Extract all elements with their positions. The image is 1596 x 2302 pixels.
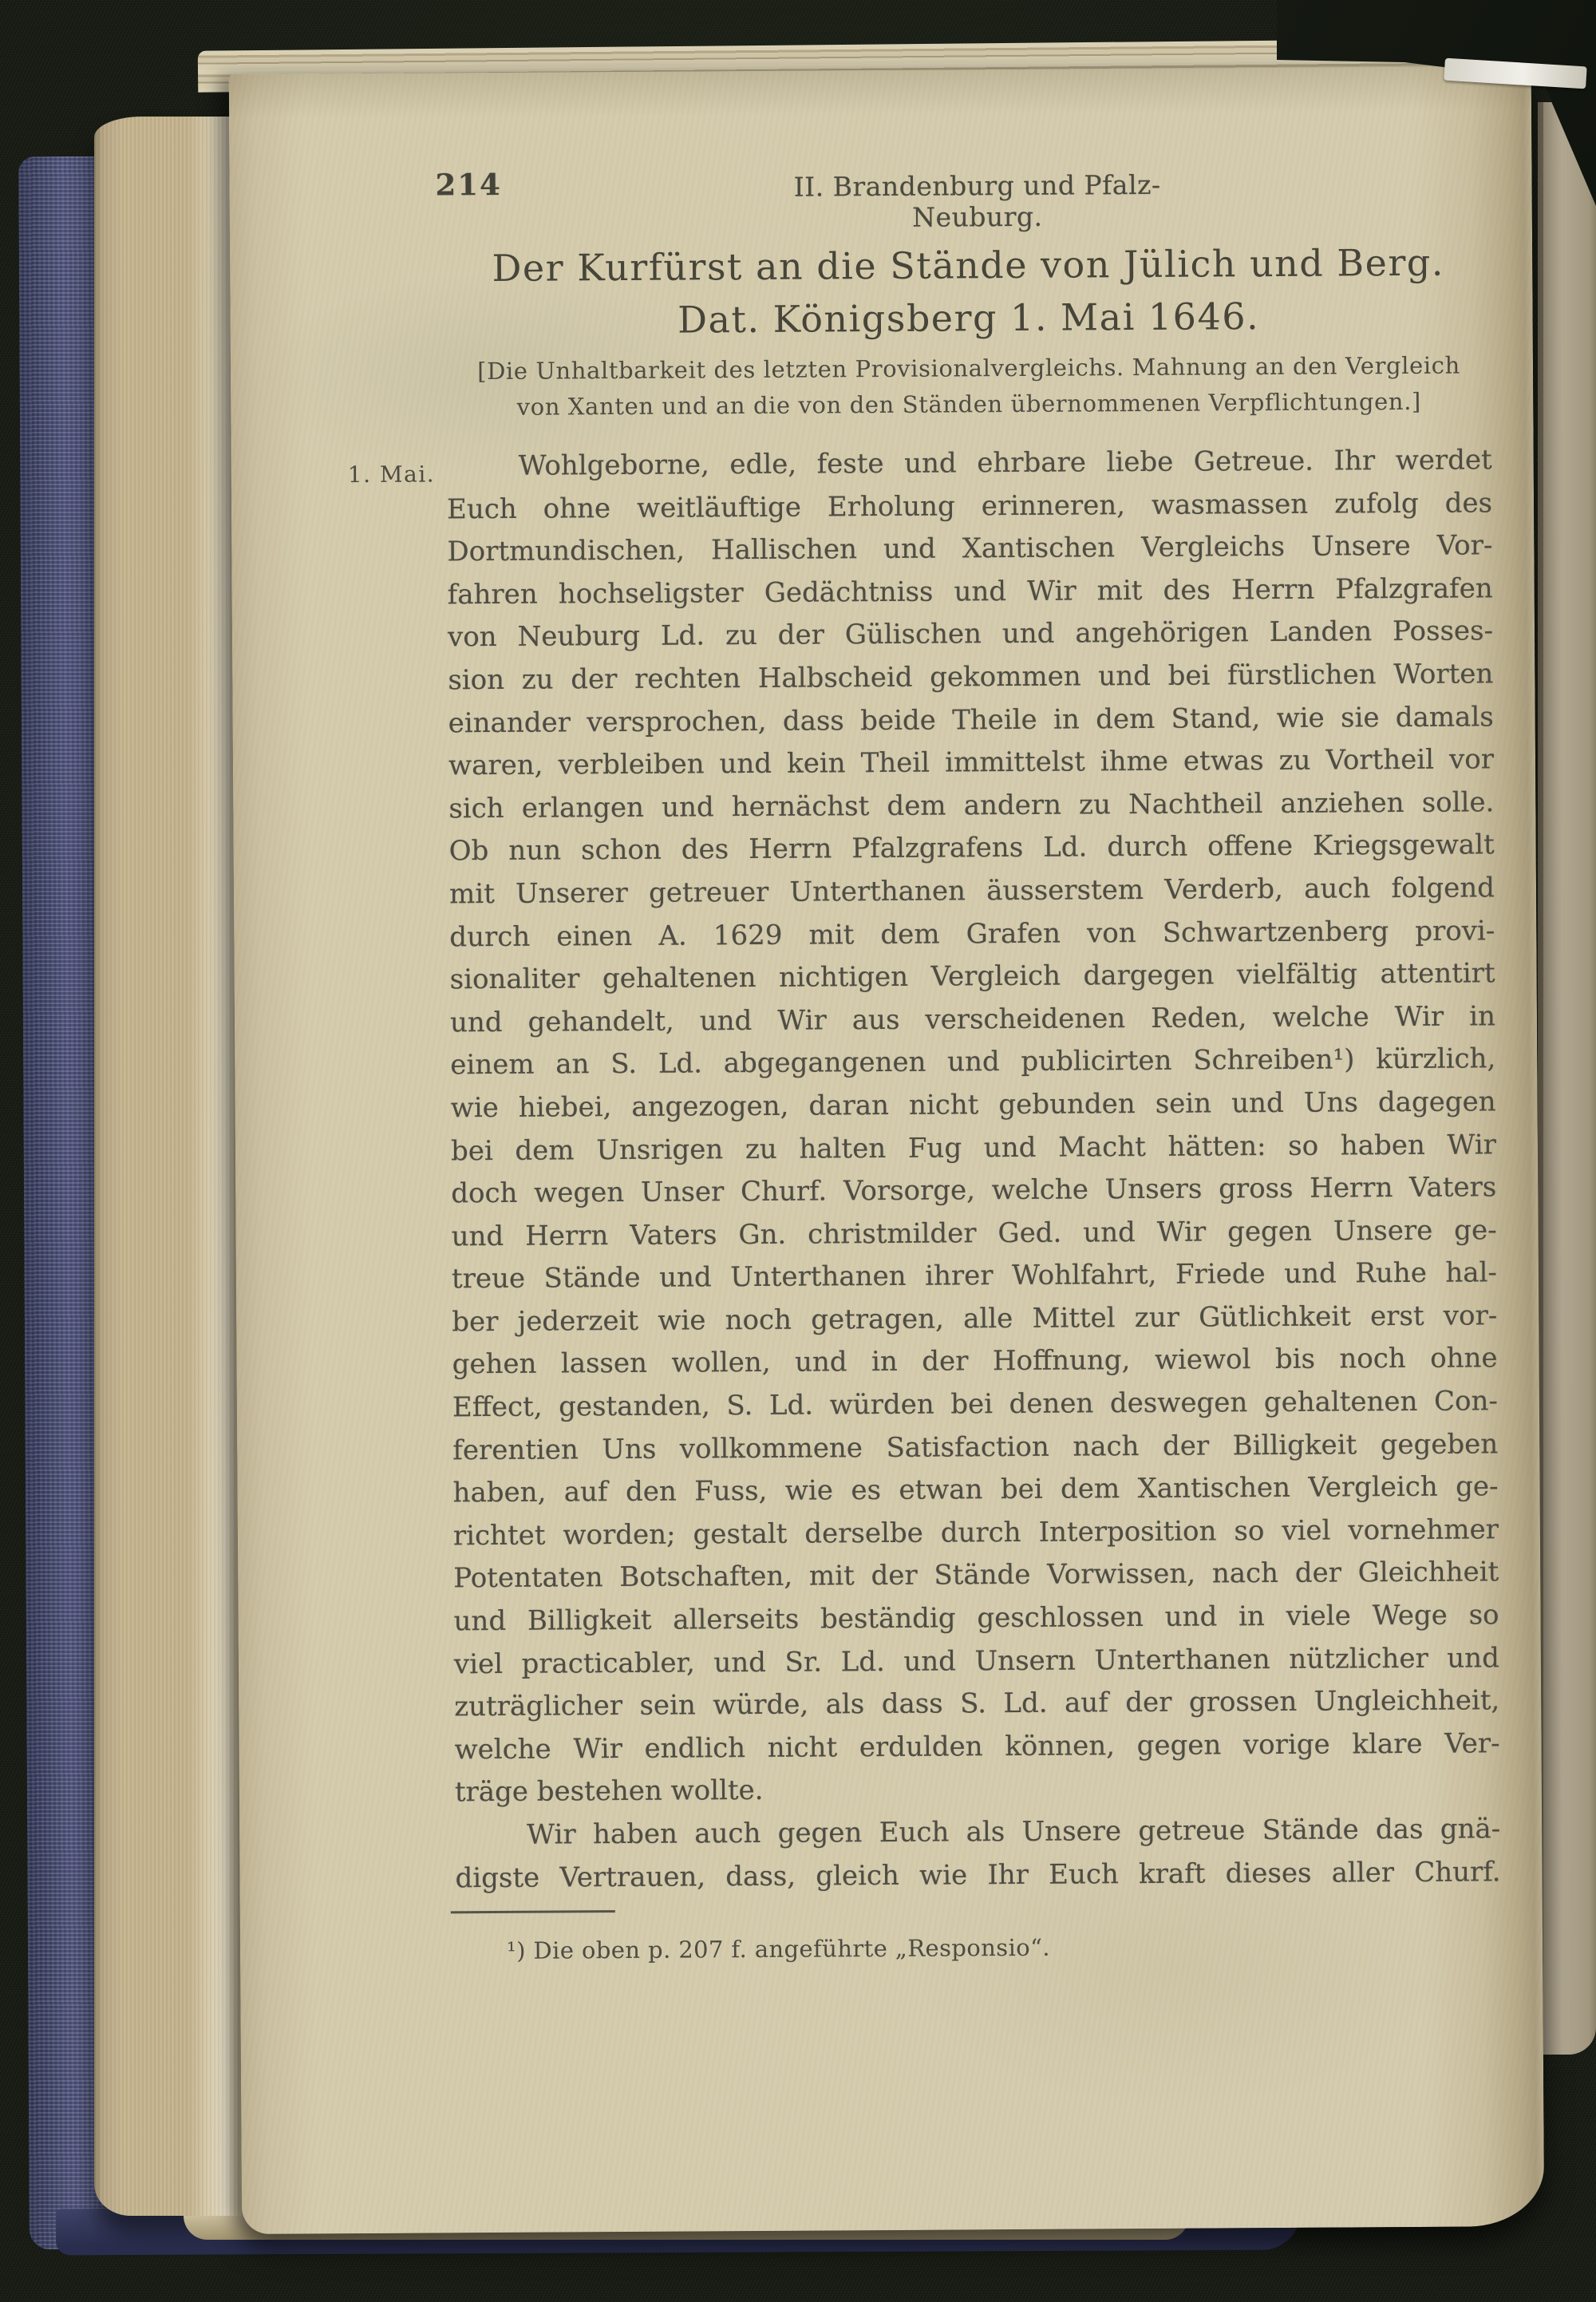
body-line: einem an S. Ld. abgegangenen und publici… bbox=[450, 1038, 1495, 1088]
document-title-line2: Dat. Königsberg 1. Mai 1646. bbox=[446, 296, 1491, 339]
body-line: wie hiebei, angezogen, daran nicht gebun… bbox=[451, 1081, 1496, 1130]
body-line: Dortmundischen, Hallischen und Xantische… bbox=[447, 525, 1492, 575]
body-line: Potentaten Botschaften, mit der Stände V… bbox=[453, 1552, 1499, 1601]
body-line: zuträglicher sein würde, als dass S. Ld.… bbox=[454, 1680, 1499, 1730]
book-photo: { "photo": { "background_color": "#161a1… bbox=[0, 0, 1596, 2302]
body-line: doch wegen Unser Churf. Vorsorge, welche… bbox=[451, 1166, 1496, 1216]
body-line: ber jederzeit wie noch getragen, alle Mi… bbox=[452, 1295, 1497, 1344]
body-line: Ob nun schon des Herrn Pfalzgrafens Ld. … bbox=[449, 825, 1495, 874]
body-line: ferentien Uns vollkommene Satisfaction n… bbox=[452, 1423, 1498, 1473]
body-line: fahren hochseligster Gedächtniss und Wir… bbox=[448, 568, 1493, 617]
body-line: welche Wir endlich nicht erdulden können… bbox=[454, 1723, 1499, 1772]
footnote: ¹) Die oben p. 207 f. angeführte „Respon… bbox=[507, 1934, 1050, 1964]
body-line: Effect, gestanden, S. Ld. würden bei den… bbox=[452, 1380, 1498, 1430]
body-text: Wohlgeborne, edle, feste und ehrbare lie… bbox=[447, 439, 1501, 1900]
summary-line2: von Xanten und an die von den Ständen üb… bbox=[430, 383, 1507, 425]
body-line: und gehandelt, und Wir aus verscheidenen… bbox=[450, 995, 1495, 1045]
body-line: bei dem Unsrigen zu halten Fug und Macht… bbox=[451, 1124, 1496, 1173]
body-line: von Neuburg Ld. zu der Gülischen und ang… bbox=[448, 611, 1493, 660]
page-number: 214 bbox=[435, 167, 502, 203]
body-line: sionaliter gehaltenen nichtigen Vergleic… bbox=[450, 952, 1495, 1002]
running-header: II. Brandenburg und Pfalz-Neuburg. bbox=[738, 168, 1217, 234]
body-line: haben, auf den Fuss, wie es etwan bei de… bbox=[452, 1466, 1498, 1516]
margin-date-note: 1. Mai. bbox=[348, 461, 436, 488]
body-line: Wohlgeborne, edle, feste und ehrbare lie… bbox=[447, 439, 1492, 488]
document-title-line1: Der Kurfürst an die Stände von Jülich un… bbox=[445, 243, 1491, 287]
body-line: richtet worden; gestalt derselbe durch I… bbox=[453, 1509, 1499, 1558]
body-line: gehen lassen wollen, und in der Hoffnung… bbox=[452, 1338, 1497, 1387]
body-line: viel practicabler, und Sr. Ld. und Unser… bbox=[454, 1637, 1499, 1687]
body-line: Wir haben auch gegen Euch als Unsere get… bbox=[455, 1808, 1500, 1857]
body-line: Euch ohne weitläuftige Erholung erinnere… bbox=[447, 482, 1492, 532]
body-line: und Herrn Vaters Gn. christmilder Ged. u… bbox=[451, 1209, 1496, 1259]
body-line: waren, verbleiben und kein Theil immitte… bbox=[448, 738, 1494, 788]
footnote-rule bbox=[451, 1910, 615, 1913]
body-line: sion zu der rechten Halbscheid gekommen … bbox=[448, 653, 1493, 702]
body-line: treue Stände und Unterthanen ihrer Wohlf… bbox=[452, 1252, 1497, 1302]
book-page: 214 II. Brandenburg und Pfalz-Neuburg. D… bbox=[229, 66, 1544, 2234]
body-line: träge bestehen wollte. bbox=[455, 1766, 1500, 1815]
body-line: einander versprochen, dass beide Theile … bbox=[448, 696, 1494, 746]
facing-page-fore-edge bbox=[1538, 102, 1596, 2055]
body-line: durch einen A. 1629 mit dem Grafen von S… bbox=[449, 910, 1495, 959]
body-line: mit Unserer getreuer Unterthanen äussers… bbox=[449, 867, 1495, 916]
body-line: digste Vertrauen, dass, gleich wie Ihr E… bbox=[455, 1851, 1500, 1901]
body-line: und Billigkeit allerseits beständig gesc… bbox=[453, 1594, 1499, 1643]
body-line: sich erlangen und hernächst dem andern z… bbox=[448, 781, 1494, 831]
